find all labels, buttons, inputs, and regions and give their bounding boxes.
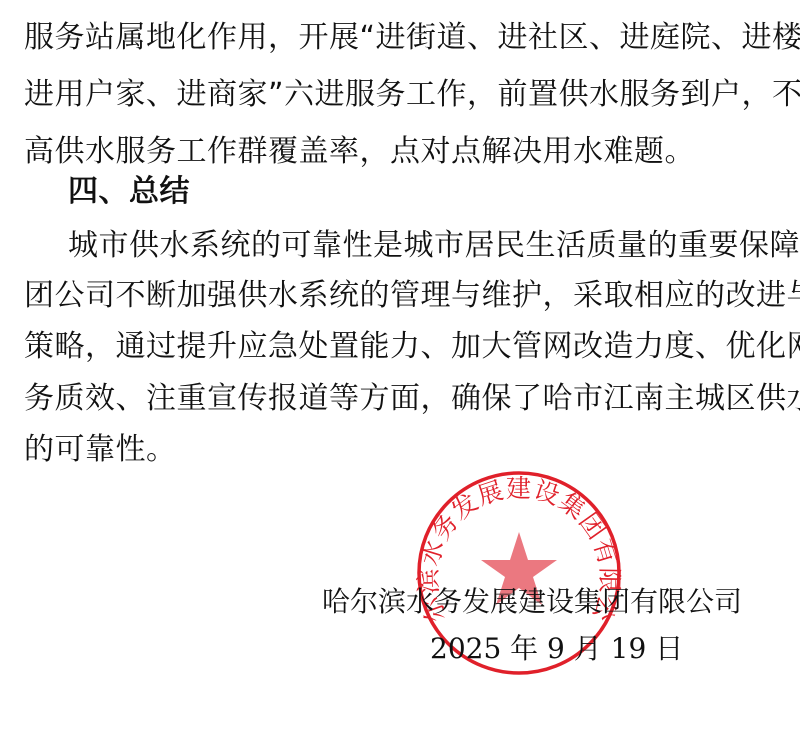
paragraph-line: 高供水服务工作群覆盖率，点对点解决用水难题。 [24, 132, 695, 172]
signature-date: 2025 年 9 月 19 日 [430, 627, 683, 667]
summary-line: 策略，通过提升应急处置能力、加大管网改造力度、优化网格服 [24, 327, 800, 367]
signature-organization: 哈尔滨水务发展建设集团有限公司 [322, 580, 742, 620]
summary-line: 团公司不断加强供水系统的管理与维护，采取相应的改进与应对 [24, 276, 800, 316]
paragraph-line: 进用户家、进商家”六进服务工作，前置供水服务到户，不断提 [24, 75, 800, 115]
summary-line: 务质效、注重宣传报道等方面，确保了哈市江南主城区供水系统 [24, 379, 800, 419]
summary-line: 的可靠性。 [24, 430, 177, 470]
paragraph-line: 服务站属地化作用，开展“进街道、进社区、进庭院、进楼道、 [24, 18, 800, 58]
summary-line: 城市供水系统的可靠性是城市居民生活质量的重要保障，集 [68, 226, 800, 266]
section-heading: 四、总结 [68, 172, 190, 212]
